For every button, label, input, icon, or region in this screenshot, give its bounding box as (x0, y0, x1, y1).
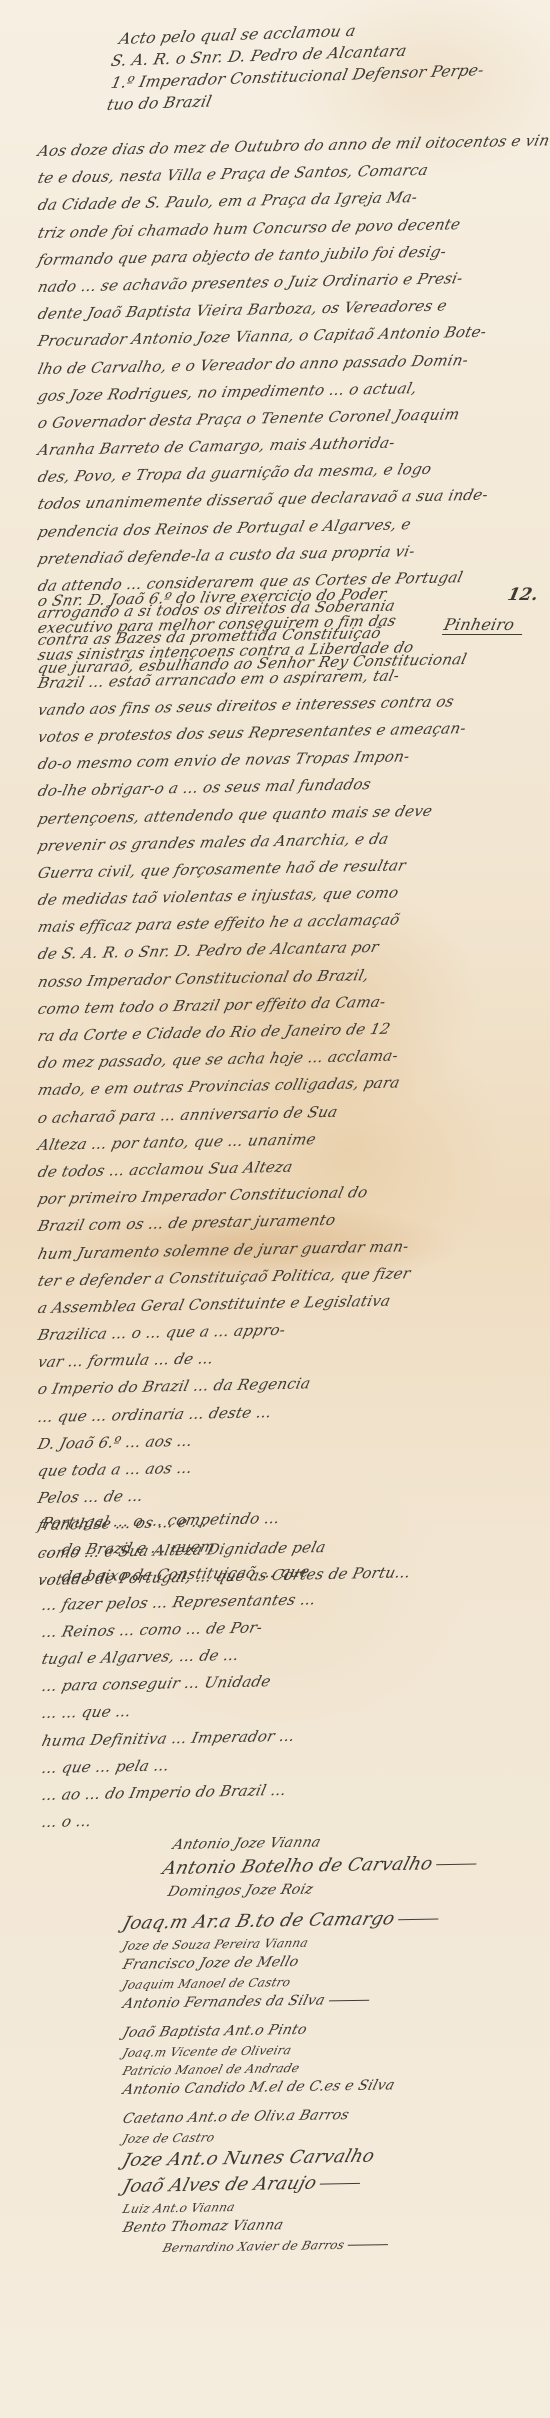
body-paragraph-3: Portugal ... o ... competindo ... ... do… (42, 1510, 482, 1836)
document-title: Acto pelo qual se acclamou a S. A. R. o … (105, 28, 465, 116)
body-paragraph-2: o Snr. D. Joaõ 6.º do livre exercicio do… (38, 588, 493, 1594)
signature: Domingos Joze Roiz (165, 1877, 462, 1903)
signature: Bernardino Xavier de Barros (161, 2234, 462, 2257)
manuscript-page: Acto pelo qual se acclamou a S. A. R. o … (0, 0, 550, 2418)
signature-list: Antonio Joze Vianna Antonio Botelho de C… (118, 1835, 458, 2257)
